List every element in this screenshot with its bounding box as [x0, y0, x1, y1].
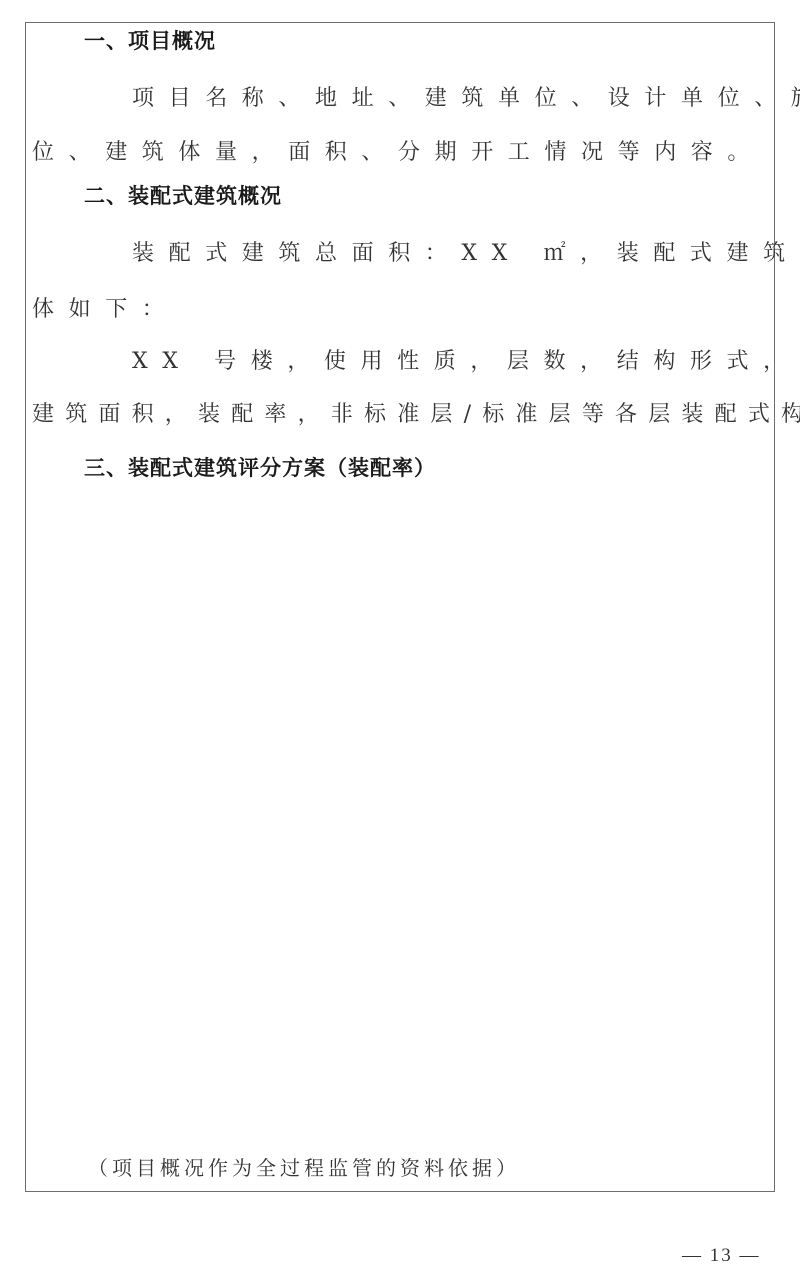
section-heading-3: 三、装配式建筑评分方案（装配率）	[84, 455, 436, 481]
page-number: — 13 —	[682, 1245, 761, 1267]
paragraph-line: 位、建筑体量，面积、分期开工情况等内容。	[32, 140, 764, 166]
section-heading-1: 一、项目概况	[84, 28, 216, 54]
paragraph-line: 装配式建筑总面积：XX ㎡，装配式建筑面积占比：XX，各单	[132, 241, 800, 267]
footnote: （项目概况作为全过程监管的资料依据）	[88, 1155, 520, 1181]
paragraph-line: 项目名称、地址、建筑单位、设计单位、施工单位、监理单	[132, 86, 800, 112]
paragraph-line: 体如下：	[32, 297, 178, 323]
section-heading-2: 二、装配式建筑概况	[84, 183, 282, 209]
paragraph-line: 建筑面积，装配率，非标准层/标准层等各层装配式构件使用详情。	[32, 402, 800, 428]
paragraph-line: XX 号楼，使用性质，层数，结构形式，地上、地下面积，总	[132, 349, 800, 375]
